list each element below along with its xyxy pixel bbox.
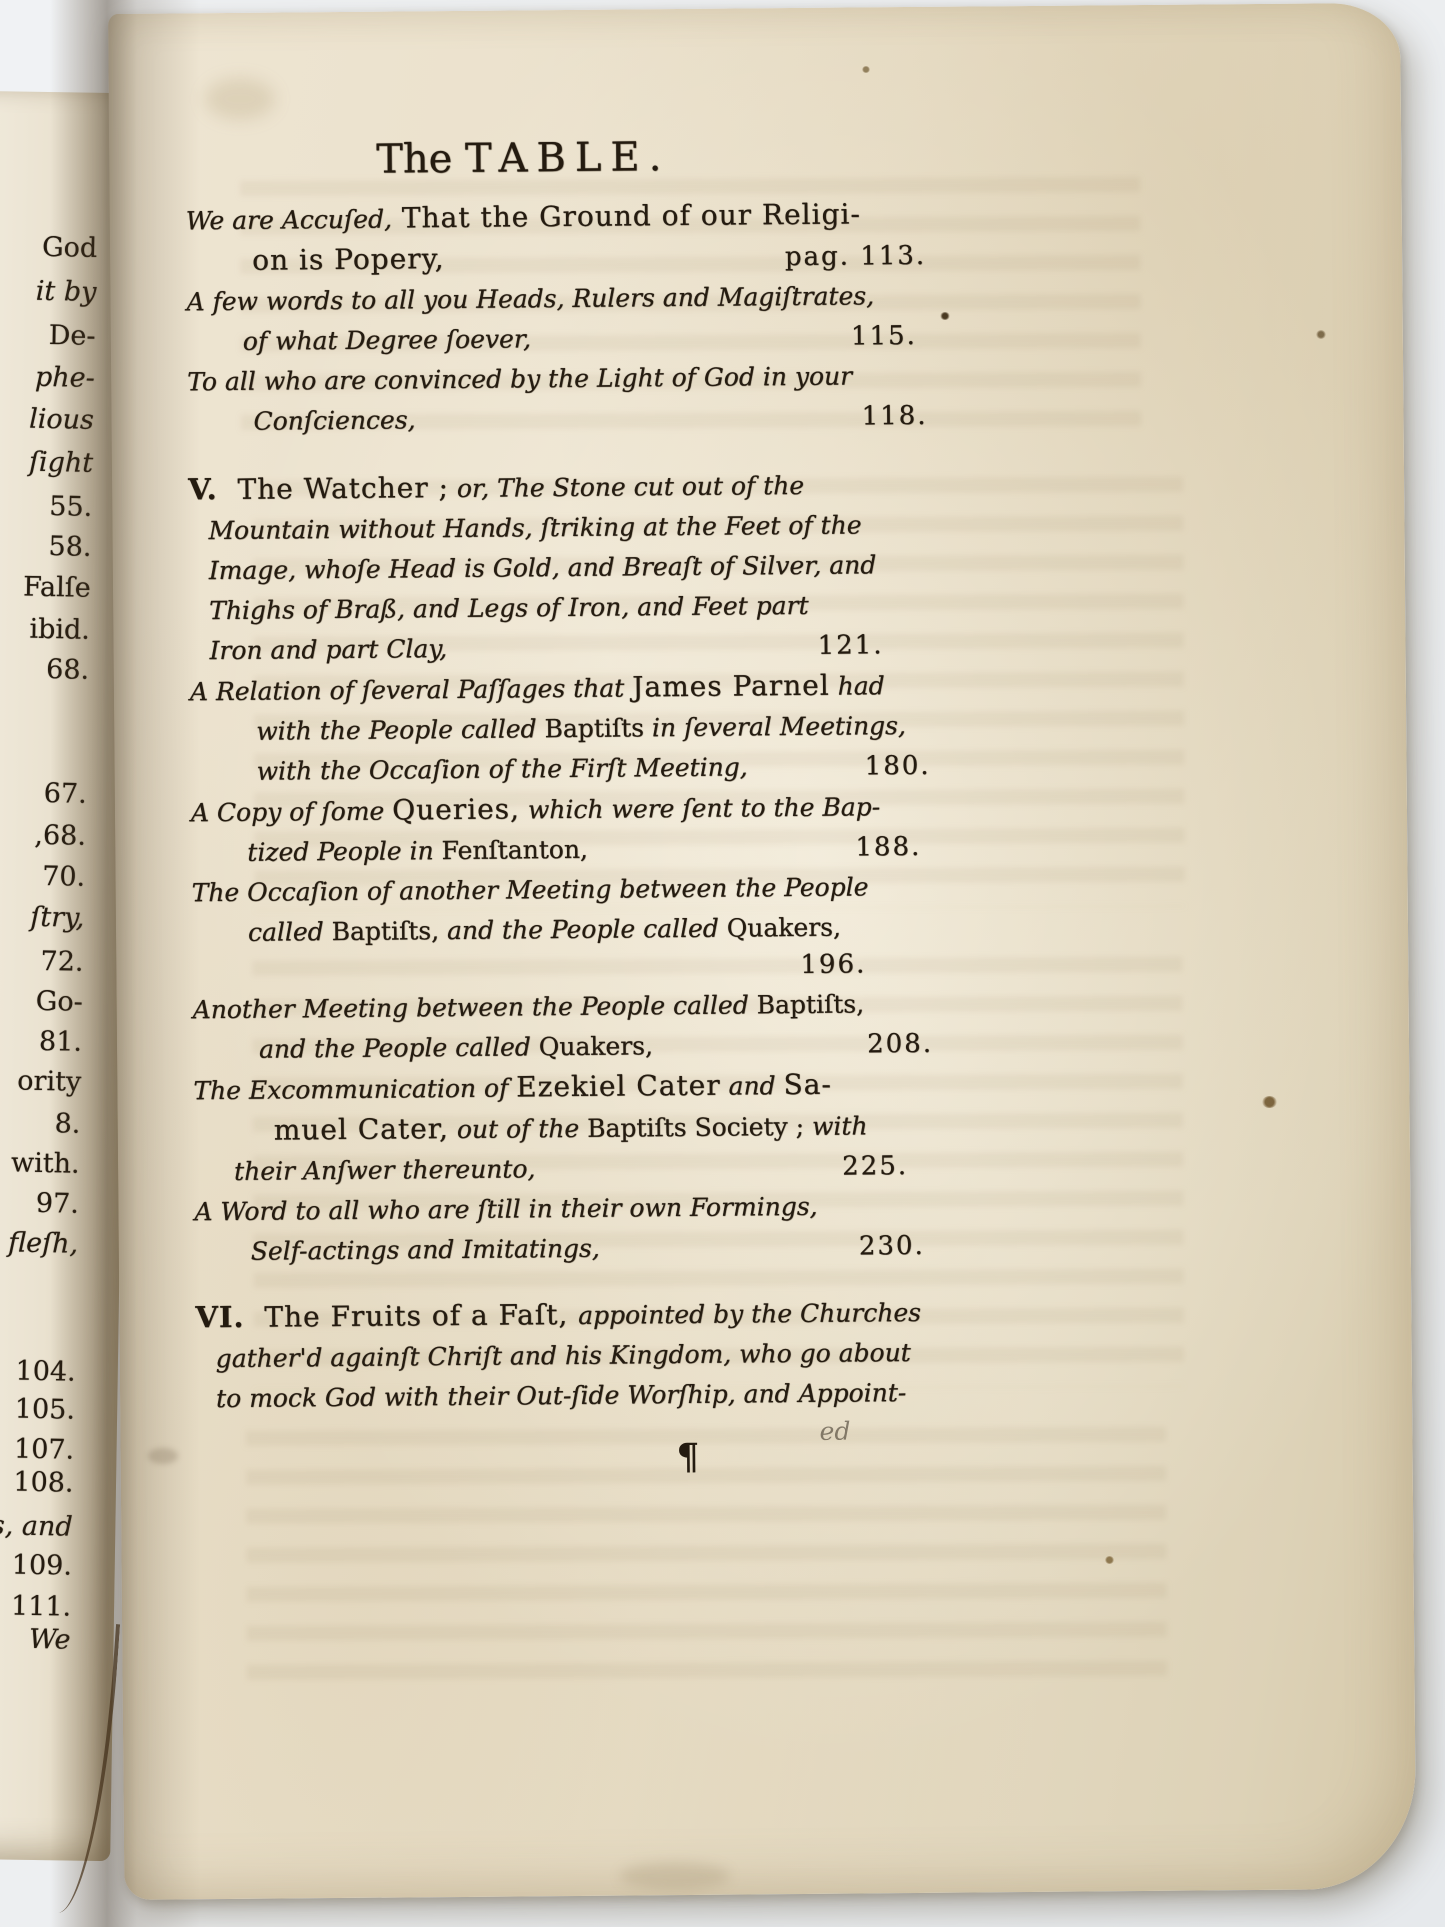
toc-text-italic: to mock God with their Out-ſide Worſhip,…	[216, 1378, 906, 1413]
toc-line: Image, whoſe Head is Gold, and Breaſt of…	[209, 546, 885, 592]
toc-text-italic: out of the	[449, 1114, 587, 1144]
left-page-text-fragment: 68.	[46, 655, 90, 686]
toc-text-italic: To all who are convinced by the Light of…	[187, 362, 852, 397]
left-page-text-fragment: 67.	[44, 779, 88, 810]
toc-text-italic: and the People called	[259, 1032, 539, 1063]
toc-text-italic: Thighs of Braß, and Legs of Iron, and Fe…	[209, 591, 809, 625]
toc-line: Thighs of Braß, and Legs of Iron, and Fe…	[209, 586, 885, 632]
left-page-text-fragment: 109.	[12, 1551, 73, 1582]
toc-text-italic: A Copy of ſome	[191, 797, 393, 828]
toc-entry: To all who are convinced by the Light of…	[187, 357, 864, 443]
page-number-reference: 188.	[855, 829, 921, 867]
toc-text-italic: had	[830, 671, 885, 700]
toc-text-italic: The Excommunication of	[193, 1073, 516, 1105]
toc-entry: V. The Watcher ; or, The Stone cut out o…	[188, 465, 866, 672]
toc-line: with the People called Baptiſts in ſever…	[256, 707, 932, 753]
toc-text-italic: Self-actings and Imitatings,	[251, 1234, 600, 1266]
toc-text-roman: Baptiſts Society ;	[587, 1112, 804, 1143]
page-number-reference: 230.	[859, 1228, 925, 1266]
toc-line: To all who are convinced by the Light of…	[187, 357, 863, 403]
toc-entry: A Word to all who are ſtill in their own…	[194, 1187, 871, 1273]
toc-line: gather'd againſt Chriſt and his Kingdom,…	[216, 1334, 892, 1380]
left-page-text-fragment: 108.	[13, 1468, 74, 1499]
toc-text-italic: called	[248, 917, 332, 947]
toc-line: tized People in Fenſtanton,188.	[247, 828, 923, 874]
toc-text-italic: in ſeveral Meetings,	[644, 711, 906, 742]
toc-line: to mock God with their Out-ſide Worſhip,…	[216, 1374, 892, 1420]
toc-line: V. The Watcher ; or, The Stone cut out o…	[188, 465, 864, 512]
toc-line: The Excommunication of Ezekiel Cater and…	[193, 1065, 869, 1112]
page-number-reference: 225.	[842, 1148, 908, 1186]
page-number-reference: 121.	[817, 627, 883, 665]
toc-text-italic: with the People called	[256, 714, 545, 746]
page-number-reference: 115.	[851, 318, 917, 356]
toc-text-roman: Baptiſts	[544, 713, 644, 743]
toc-text-roman: Baptiſts,	[332, 916, 440, 946]
toc-line: 196.	[192, 948, 868, 991]
left-page-text-fragment: 105.	[15, 1395, 76, 1426]
left-page-text-fragment: it by	[36, 277, 97, 308]
toc-line: Another Meeting between the People calle…	[193, 985, 869, 1031]
toc-text-italic: Iron and part Clay,	[209, 634, 447, 665]
left-page-text-fragment: ibid.	[29, 615, 90, 646]
left-page-text-fragment: 70.	[42, 862, 86, 893]
toc-entry: The Occaſion of another Meeting between …	[192, 868, 869, 991]
pilcrow-signature-mark: ¶	[676, 1436, 699, 1478]
left-page-text-fragment: 58.	[48, 532, 92, 563]
left-page-text-fragment: 107.	[14, 1435, 75, 1466]
toc-text-italic: A Relation of ſeveral Paſſages that	[190, 673, 633, 706]
toc-text-italic: A few words to all you Heads, Rulers and…	[186, 281, 874, 316]
toc-text-roman: That the Ground of our Religi-	[392, 197, 861, 234]
toc-line: their Anſwer thereunto,225.	[234, 1147, 910, 1193]
left-page-text-fragment: De-	[49, 321, 96, 352]
toc-line: We are Accuſed, That the Ground of our R…	[186, 195, 862, 242]
toc-text-roman: Quakers,	[727, 913, 841, 943]
toc-entry: We are Accuſed, That the Ground of our R…	[186, 195, 863, 283]
left-page-text-fragment: 97.	[36, 1189, 80, 1220]
toc-entry: Another Meeting between the People calle…	[193, 985, 870, 1071]
toc-text-roman: V.	[188, 472, 218, 506]
page-title-caps: TABLE.	[465, 134, 671, 182]
toc-text-italic: and the People called	[439, 914, 727, 946]
toc-text-italic: their Anſwer thereunto,	[234, 1154, 536, 1186]
left-page-text-fragment: 55.	[49, 492, 93, 523]
toc-text-italic: The Stone cut out of the	[497, 471, 804, 503]
toc-entry: VI. The Fruits of a Faſt, appointed by t…	[195, 1293, 872, 1420]
toc-text-italic: Image, whoſe Head is Gold, and Breaſt of…	[209, 550, 877, 585]
left-page-text-fragment: lious	[29, 405, 94, 436]
page-number-reference: 208.	[867, 1026, 933, 1064]
page-number-reference: 180.	[865, 748, 931, 786]
toc-line: Iron and part Clay,121.	[209, 626, 885, 672]
toc-text-roman: Ezekiel Cater	[516, 1069, 721, 1104]
toc-entry: A few words to all you Heads, Rulers and…	[186, 277, 863, 363]
page-number-reference: pag. 113.	[785, 238, 927, 276]
page-number-reference: 196.	[800, 946, 866, 984]
toc-text-italic: Mountain without Hands, ſtriking at the …	[208, 510, 861, 545]
toc-entry: A Relation of ſeveral Paſſages that Jame…	[190, 666, 867, 793]
page-title-lead: The	[376, 136, 465, 183]
toc-line: Self-actings and Imitatings,230.	[251, 1227, 927, 1273]
left-page-text-fragment: fleſh,	[8, 1228, 79, 1259]
toc-line: A Word to all who are ſtill in their own…	[194, 1187, 870, 1233]
toc-text-italic: Another Meeting between the People calle…	[193, 990, 757, 1024]
toc-text-roman: Fenſtanton,	[441, 835, 588, 865]
left-page-text-fragment: 104.	[15, 1357, 76, 1388]
toc-text-italic: The Occaſion of another Meeting between …	[192, 872, 869, 907]
left-page-text-fragment: phe-	[35, 363, 95, 394]
toc-text-roman: Baptiſts,	[757, 989, 865, 1019]
toc-text-italic: A Word to all who are ſtill in their own…	[194, 1192, 817, 1226]
toc-text-italic: tized People in	[247, 836, 442, 867]
left-page-text-fragment: Falſe	[23, 573, 91, 604]
toc-entries: We are Accuſed, That the Ground of our R…	[186, 195, 873, 1420]
toc-text-roman: on is Popery,	[252, 242, 445, 277]
toc-text-italic: and	[721, 1071, 784, 1101]
table-of-contents: The TABLE. We are Accuſed, That the Grou…	[185, 129, 873, 1500]
left-page-text-fragment: 8.	[54, 1109, 80, 1139]
book-page-photo: Godit byDe-phe-liousſight55.58.Falſeibid…	[0, 0, 1445, 1927]
left-page-text-fragment: ſtry,	[30, 903, 85, 934]
table-of-contents-page: The TABLE. We are Accuſed, That the Grou…	[108, 3, 1416, 1900]
toc-line: Mountain without Hands, ſtriking at the …	[208, 506, 884, 552]
toc-line: The Occaſion of another Meeting between …	[192, 868, 868, 914]
toc-line: of what Degree ſoever,115.	[243, 317, 919, 363]
page-footer: ¶ ed	[196, 1430, 873, 1500]
toc-text-roman: Sa-	[783, 1068, 832, 1101]
left-page-text-fragment: 72.	[40, 947, 84, 978]
toc-text-roman: VI.	[195, 1300, 244, 1334]
toc-entry: The Excommunication of Ezekiel Cater and…	[193, 1065, 870, 1193]
left-page-text-fragment: ſight	[29, 448, 94, 479]
toc-text-roman: Queries,	[392, 792, 520, 826]
toc-text-roman: Quakers,	[539, 1031, 653, 1061]
toc-line: VI. The Fruits of a Faſt, appointed by t…	[195, 1293, 871, 1340]
page-title: The TABLE.	[185, 129, 861, 187]
toc-text-italic: which were ſent to the	[520, 793, 823, 825]
page-number-reference: 118.	[861, 398, 927, 436]
toc-line: muel Cater, out of the Baptiſts Society …	[274, 1106, 950, 1153]
catchword: ed	[819, 1417, 850, 1446]
left-page-text-fragment: 111.	[11, 1592, 72, 1623]
toc-text-roman: The Watcher ;	[218, 471, 450, 506]
left-page-text-fragment: ,68.	[34, 821, 86, 852]
toc-text-roman: The Fruits of a Faſt,	[244, 1298, 578, 1334]
toc-text-roman: muel Cater,	[274, 1112, 449, 1147]
toc-entry: A Copy of ſome Queries, which were ſent …	[191, 787, 868, 874]
toc-line: with the Occaſion of the Firſt Meeting,1…	[256, 747, 932, 793]
left-page-text-fragment: ority	[17, 1067, 81, 1098]
toc-text-italic: We are Accuſed,	[186, 205, 392, 236]
toc-text-italic: gather'd againſt Chriſt and his Kingdom,…	[216, 1338, 911, 1373]
toc-text-italic: with	[804, 1111, 868, 1141]
toc-line: on is Popery,pag. 113.	[252, 236, 928, 283]
toc-text-roman: James Parnel	[632, 669, 830, 704]
left-page-text-fragment: Go-	[36, 987, 84, 1018]
toc-text-italic: or,	[449, 474, 497, 503]
toc-text-italic: Bap-	[822, 792, 880, 822]
toc-text-italic: with the Occaſion of the Firſt Meeting,	[256, 752, 747, 785]
toc-text-italic: Conſciences,	[253, 405, 415, 435]
left-page-text-fragment: s, and	[0, 1511, 73, 1543]
left-page-text-fragment: with.	[11, 1148, 80, 1179]
toc-line: and the People called Quakers,208.	[259, 1025, 935, 1071]
toc-line: A Relation of ſeveral Paſſages that Jame…	[190, 666, 866, 713]
left-page-text-fragment: 81.	[39, 1027, 83, 1058]
toc-text-italic: of what Degree ſoever,	[243, 324, 531, 356]
toc-line: Conſciences,118.	[253, 397, 929, 443]
toc-line: A Copy of ſome Queries, which were ſent …	[191, 787, 867, 834]
left-page-text-fragment: God	[42, 233, 98, 264]
toc-text-italic: appointed by the Churches	[578, 1298, 921, 1330]
toc-line: A few words to all you Heads, Rulers and…	[186, 277, 862, 323]
